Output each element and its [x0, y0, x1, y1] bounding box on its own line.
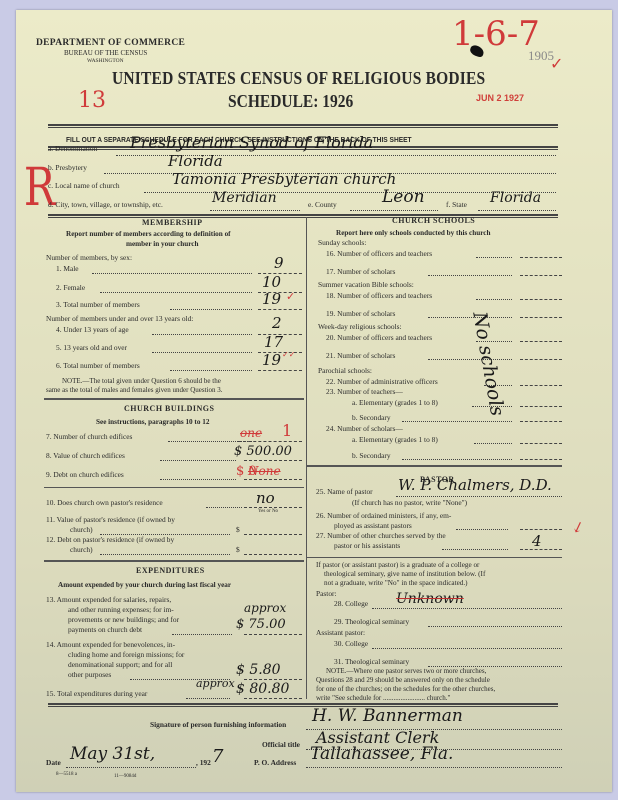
- city-field[interactable]: Meridian: [212, 190, 277, 206]
- leader: [476, 299, 512, 300]
- q26-field[interactable]: [520, 529, 562, 530]
- membership-subheading: Report number of members according to de…: [66, 230, 231, 238]
- q23a-label: a. Elementary (grades 1 to 8): [352, 398, 438, 407]
- leader: [170, 370, 252, 371]
- annotation-code: 1-6-7: [452, 14, 540, 54]
- answer-line: [244, 698, 302, 699]
- membership-note: NOTE.—The total given under Question 6 s…: [62, 377, 221, 386]
- leader: [186, 698, 230, 699]
- date-label: Date: [46, 758, 61, 767]
- edifices-count-field[interactable]: 1: [282, 421, 292, 440]
- year-field[interactable]: 7: [212, 746, 223, 767]
- leader: [152, 352, 252, 353]
- annotation-number: 13: [78, 88, 106, 113]
- q16-field: [520, 257, 562, 258]
- signature-label: Signature of person furnishing informati…: [150, 720, 286, 729]
- leader: [476, 257, 512, 258]
- church-schools-heading: CHURCH SCHOOLS: [392, 216, 475, 225]
- members-by-sex-label: Number of members, by sex:: [46, 253, 132, 262]
- leader: [172, 634, 232, 635]
- divider: [306, 465, 562, 467]
- date-field[interactable]: May 31st,: [70, 744, 155, 764]
- pastor-name-hint: (If church has no pastor, write "None"): [352, 498, 467, 507]
- leader: [170, 309, 252, 310]
- male-label: 1. Male: [56, 264, 79, 273]
- q22-field[interactable]: [520, 385, 562, 386]
- weekday-schools-label: Week-day religious schools:: [318, 322, 402, 331]
- residence-debt-label-2: church): [70, 545, 93, 554]
- po-address-field[interactable]: Tallahassee, Fla.: [310, 744, 453, 764]
- divider: [306, 557, 562, 558]
- sunday-schools-label: Sunday schools:: [318, 238, 366, 247]
- leader: [442, 549, 508, 550]
- q14-label: other purposes: [68, 670, 111, 679]
- divider: [44, 398, 304, 400]
- q27-label: 27. Number of other churches served by t…: [316, 531, 446, 540]
- q20-label: 20. Number of officers and teachers: [326, 333, 432, 342]
- q13-amount-field[interactable]: $ 75.00: [236, 617, 286, 632]
- residence-debt-field[interactable]: $: [236, 545, 240, 554]
- q19-field[interactable]: [520, 317, 562, 318]
- date-line: [66, 767, 196, 768]
- checkmark-icon: ✓: [550, 54, 563, 74]
- owns-residence-field[interactable]: no: [256, 489, 275, 507]
- leader: [100, 554, 230, 555]
- po-address-line: [306, 767, 562, 768]
- leader: [152, 334, 252, 335]
- assistant-college-label: 30. College: [334, 639, 368, 648]
- state-line: [478, 210, 556, 211]
- q13-label: and other running expenses; for im-: [68, 605, 174, 614]
- college-field[interactable]: Unknown: [396, 591, 464, 607]
- q21-label: 21. Number of scholars: [326, 351, 395, 360]
- q13-label: payments on church debt: [68, 625, 142, 634]
- seminary-field[interactable]: [428, 626, 562, 627]
- leader: [160, 460, 236, 461]
- q22-label: 22. Number of administrative officers: [326, 377, 438, 386]
- graduate-instruction: If pastor (or assistant pastor) is a gra…: [316, 561, 479, 570]
- edifices-value-field[interactable]: $ 500.00: [234, 444, 292, 459]
- assistant-college-field[interactable]: [372, 648, 562, 649]
- q13-label: provements or new buildings; and for: [68, 615, 179, 624]
- bureau-label: BUREAU OF THE CENSUS: [64, 49, 147, 57]
- q14-label: 14. Amount expended for benevolences, in…: [46, 640, 175, 649]
- answer-line: [258, 309, 302, 310]
- answer-line: [244, 679, 302, 680]
- under13-field[interactable]: 2: [272, 314, 282, 332]
- summer-schools-label: Summer vacation Bible schools:: [318, 280, 414, 289]
- q15-label: 15. Total expenditures during year: [46, 689, 147, 698]
- answer-line: [244, 460, 302, 461]
- members-by-age-label: Number of members under and over 13 year…: [46, 314, 193, 323]
- edifices-count-struck: one: [240, 426, 262, 440]
- edifices-debt-field[interactable]: $ 0: [236, 464, 257, 479]
- total-members-field[interactable]: 19: [262, 290, 281, 308]
- leader: [206, 507, 242, 508]
- po-address-label: P. O. Address: [254, 758, 296, 767]
- denomination-label: a. Denomination: [48, 144, 97, 153]
- assistant-seminary-label: 31. Theological seminary: [334, 657, 409, 666]
- answer-line: [244, 507, 302, 508]
- state-label: f. State: [446, 200, 467, 209]
- pastor-note: write "See schedule for ................…: [316, 694, 450, 703]
- q18-field[interactable]: [520, 299, 562, 300]
- q24-label: 24. Number of scholars—: [326, 424, 403, 433]
- checkmark-icon: ✓✓: [282, 350, 295, 359]
- church-buildings-subheading: See instructions, paragraphs 10 to 12: [96, 418, 209, 426]
- q23-label: 23. Number of teachers—: [326, 387, 403, 396]
- leader: [456, 529, 508, 530]
- divider: [44, 487, 304, 488]
- expenditures-subheading: Amount expended by your church during la…: [58, 581, 231, 589]
- state-field[interactable]: Florida: [490, 190, 541, 206]
- county-label: e. County: [308, 200, 337, 209]
- answer-line: [244, 554, 302, 555]
- q17-label: 17. Number of scholars: [326, 267, 395, 276]
- edifices-value-label: 8. Value of church edifices: [46, 451, 125, 460]
- q14-label: denominational support; and for all: [68, 660, 172, 669]
- divider: [48, 124, 558, 128]
- presbytery-label: b. Presbytery: [48, 163, 87, 172]
- male-count-field[interactable]: 9: [274, 254, 284, 272]
- q23b-field[interactable]: [520, 421, 562, 422]
- female-count-field[interactable]: 10: [262, 273, 281, 291]
- q24a-field[interactable]: [520, 443, 562, 444]
- owns-residence-label: 10. Does church own pastor's residence: [46, 498, 163, 507]
- q23b-label: b. Secondary: [352, 413, 391, 422]
- q26-label: 26. Number of ordained ministers, if any…: [316, 511, 451, 520]
- answer-line: [238, 441, 302, 442]
- residence-value-label-2: church): [70, 525, 93, 534]
- total-members-2-field[interactable]: 19: [262, 351, 281, 369]
- church-name-label: c. Local name of church: [48, 181, 120, 190]
- q27-label: pastor or his assistants: [334, 541, 400, 550]
- leader: [428, 275, 512, 276]
- print-code: 11—9084d: [114, 774, 136, 779]
- leader: [474, 443, 512, 444]
- divider: [48, 703, 558, 707]
- church-schools-subheading: Report here only schools conducted by th…: [336, 229, 490, 237]
- divider: [44, 560, 304, 562]
- department-label: DEPARTMENT OF COMMERCE: [36, 38, 185, 48]
- residence-debt-label: 12. Debt on pastor's residence (if owned…: [46, 535, 174, 544]
- total-members-label: 3. Total number of members: [56, 300, 140, 309]
- official-title-label: Official title: [262, 740, 300, 749]
- q24b-field[interactable]: [520, 459, 562, 460]
- column-divider: [306, 217, 307, 699]
- graduate-instruction: theological seminary, give name of insti…: [324, 570, 485, 579]
- expenditures-heading: EXPENDITURES: [136, 566, 205, 575]
- total-members-2-label: 6. Total number of members: [56, 361, 140, 370]
- leader: [402, 421, 512, 422]
- assistant-pastor-label: Assistant pastor:: [316, 628, 365, 637]
- pastor-name-label: 25. Name of pastor: [316, 487, 373, 496]
- female-label: 2. Female: [56, 283, 85, 292]
- seminary-label: 29. Theological seminary: [334, 617, 409, 626]
- church-buildings-heading: CHURCH BUILDINGS: [124, 404, 214, 413]
- under13-label: 4. Under 13 years of age: [56, 325, 129, 334]
- q21-field[interactable]: [520, 359, 562, 360]
- church-name-field[interactable]: Tamonia Presbyterian church: [172, 170, 396, 188]
- schedule-title: SCHEDULE: 1926: [228, 92, 353, 113]
- leader: [100, 292, 252, 293]
- checkmark-icon: ✓: [286, 290, 295, 303]
- leader: [372, 608, 562, 609]
- pastor-name-field[interactable]: W. P. Chalmers, D.D.: [398, 476, 552, 494]
- residence-value-field[interactable]: $: [236, 525, 240, 534]
- q24a-label: a. Elementary (grades 1 to 8): [352, 435, 438, 444]
- received-date-stamp: JUN 2 1927: [476, 93, 524, 103]
- q15-approx-note: approx: [196, 677, 235, 690]
- form-code: 8—5518 a: [56, 772, 77, 777]
- presbytery-field[interactable]: Florida: [168, 152, 223, 170]
- answer-line: [244, 634, 302, 635]
- q13-label: 13. Amount expended for salaries, repair…: [46, 595, 171, 604]
- q19-label: 19. Number of scholars: [326, 309, 395, 318]
- answer-line: [244, 479, 302, 480]
- yes-no-hint: Yes or No: [258, 509, 278, 514]
- q24b-label: b. Secondary: [352, 451, 391, 460]
- q14-label: cluding home and foreign missions; for: [68, 650, 184, 659]
- college-label: 28. College: [334, 599, 368, 608]
- year-prefix: , 192: [196, 758, 211, 767]
- denomination-field[interactable]: Presbyterian Synod of Florida: [130, 133, 373, 152]
- q23a-field[interactable]: [520, 406, 562, 407]
- graduate-instruction: not a graduate, write "No" in the space …: [324, 579, 468, 588]
- signature-field[interactable]: H. W. Bannerman: [312, 706, 463, 726]
- pastor-section-label: Pastor:: [316, 589, 337, 598]
- parochial-schools-label: Parochial schools:: [318, 366, 372, 375]
- leader: [92, 273, 252, 274]
- leader: [428, 359, 512, 360]
- residence-value-label: 11. Value of pastor's residence (if owne…: [46, 515, 175, 524]
- city-label: WASHINGTON: [87, 58, 124, 64]
- city-label: d. City, town, village, or township, etc…: [48, 200, 163, 209]
- county-line: [350, 210, 438, 211]
- leader: [402, 459, 512, 460]
- q16-label: 16. Number of officers and teachers: [326, 249, 432, 258]
- answer-line: [244, 534, 302, 535]
- over13-label: 5. 13 years old and over: [56, 343, 127, 352]
- edifices-count-label: 7. Number of church edifices: [46, 432, 132, 441]
- leader: [160, 479, 236, 480]
- divider: [48, 214, 558, 218]
- city-line: [210, 210, 300, 211]
- membership-subheading: member in your church: [126, 240, 198, 248]
- answer-line: [258, 370, 302, 371]
- membership-note: same as the total of males and females g…: [46, 386, 223, 395]
- pastor-note: for one of the churches; on the schedule…: [316, 685, 495, 694]
- pastor-note: Questions 28 and 29 should be answered o…: [316, 676, 490, 685]
- leader: [396, 496, 562, 497]
- q18-label: 18. Number of officers and teachers: [326, 291, 432, 300]
- edifices-debt-label: 9. Debt on church edifices: [46, 470, 124, 479]
- q14-amount-field[interactable]: $ 5.80: [236, 662, 281, 678]
- pastor-note: NOTE.—Where one pastor serves two or mor…: [326, 667, 486, 676]
- form-title: UNITED STATES CENSUS OF RELIGIOUS BODIES: [112, 69, 485, 90]
- county-field[interactable]: Leon: [382, 187, 425, 207]
- q13-approx-note: approx: [244, 601, 286, 615]
- q17-field[interactable]: [520, 275, 562, 276]
- q26-label: ployed as assistant pastors: [334, 521, 412, 530]
- over13-field[interactable]: 17: [264, 333, 283, 351]
- membership-heading: MEMBERSHIP: [142, 218, 203, 227]
- q20-field[interactable]: [520, 341, 562, 342]
- q15-total-field[interactable]: $ 80.80: [236, 681, 289, 697]
- other-churches-field[interactable]: 4: [532, 532, 542, 550]
